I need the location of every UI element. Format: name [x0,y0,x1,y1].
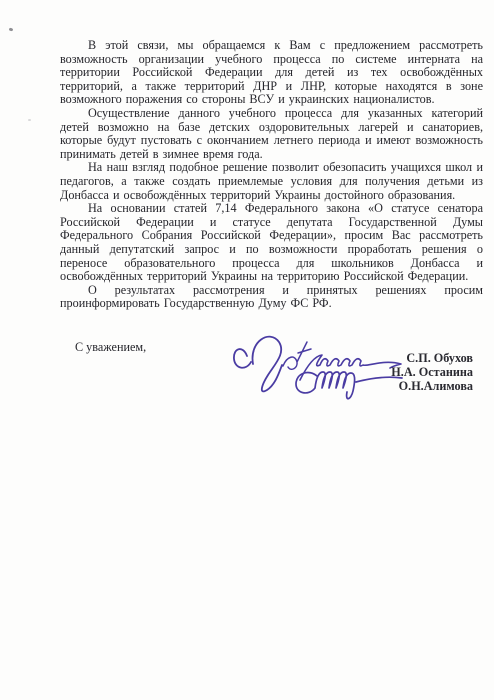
paragraph-4: На основании статей 7,14 Федерального за… [60,202,483,284]
scan-speck [9,27,14,31]
paragraph-2: Осуществление данного учебного процесса … [60,107,483,161]
signature-obukhov [234,337,282,392]
document-page: В этой связи, мы обращаемся к Вам с пред… [0,0,494,700]
scan-speck [28,119,31,121]
signatory-name-ostanina: Н.А. Останина [391,365,473,379]
closing-salutation: С уважением, [75,340,146,355]
signature-alimova [296,372,402,399]
signatories: С.П. Обухов Н.А. Останина О.Н.Алимова [391,351,473,393]
signature-ostanina [300,355,401,380]
signatory-name-alimova: О.Н.Алимова [391,379,473,393]
paragraph-5: О результатах рассмотрения и принятых ре… [60,284,483,311]
signature-obukhov-flourish [283,342,311,369]
paragraph-3: На наш взгляд подобное решение позволит … [60,161,483,202]
signatory-name-obukhov: С.П. Обухов [391,351,473,365]
paragraph-1: В этой связи, мы обращаемся к Вам с пред… [60,39,483,107]
letter-body: В этой связи, мы обращаемся к Вам с пред… [60,39,483,311]
